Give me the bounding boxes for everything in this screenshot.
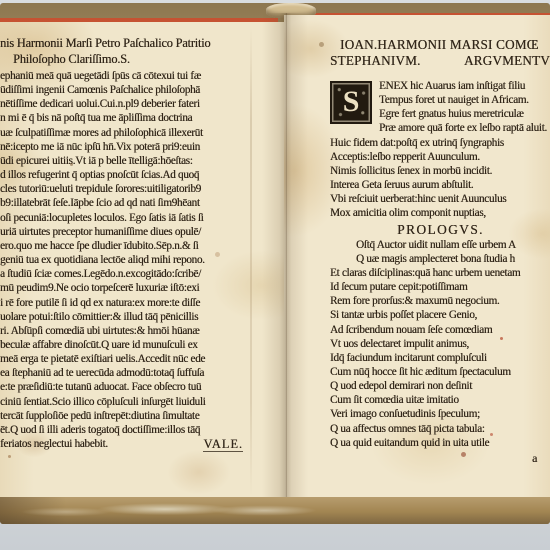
text-line: d illos refugerint q̄ optias pnoſcūt ſci… <box>0 168 248 182</box>
text-line: feriatos neglectui habebit. <box>0 437 108 452</box>
prologue-heading: PROLOGVS. <box>330 221 550 238</box>
text-line: i rē fore putilē ſi id qd ex natura:ex m… <box>0 296 248 310</box>
page-crease <box>250 27 252 497</box>
text-line: tercāt ſupploſiōe pedū inſtrepēt:diutina… <box>0 409 248 423</box>
text-line: Si tantæ urbis poſſet placere Genio, <box>330 308 550 322</box>
dedication-last-line: feriatos neglectui habebit. VALE. <box>0 437 243 452</box>
book-bottom-edge <box>0 497 550 524</box>
text-line: Nimis ſollicitus ſenex in morbū incidit. <box>330 164 550 178</box>
title-line: IOAN.HARMONII MARSI COMŒ <box>330 37 550 53</box>
text-line: Q uod edepol demirari non deſinit <box>330 379 550 393</box>
left-page-heading: nis Harmonii Marſi Petro Paſchalico Patr… <box>0 36 210 67</box>
title-argument-label: ARGVMENTV <box>464 53 550 69</box>
text-line: ūdi epicurei uitiis.Vt iā p belle ītelli… <box>0 154 248 168</box>
signature-mark: a <box>330 451 550 465</box>
left-page: nis Harmonii Marſi Petro Paſchalico Patr… <box>0 22 284 501</box>
text-line: Q uæ magis amplecteret bona ſtudia h <box>330 252 550 266</box>
text-line: Cum ſit comœdia uitæ imitatio <box>330 393 550 407</box>
text-line: Vbi reſciuit uerberat:hinc uenit Auuncul… <box>330 192 550 206</box>
text-line: Acceptis:leſbo repperit Auunculum. <box>330 150 550 164</box>
text-line: geniū tua ex quotidiana lectōe aliqd mih… <box>0 253 248 267</box>
text-line: nē:icepto me iā nūc ipſū hn̄.Vix poterā … <box>0 140 248 154</box>
title-line: STEPHANIVM. ARGVMENTV <box>330 53 550 69</box>
dedication-heading-line: nis Harmonii Marſi Petro Paſchalico Patr… <box>0 36 210 52</box>
right-page-title: IOAN.HARMONII MARSI COMŒ STEPHANIVM. ARG… <box>330 37 550 68</box>
book-binding: nis Harmonii Marſi Petro Paſchalico Patr… <box>0 3 550 524</box>
text-line: ciniū ſentiat.Scio illico cōpluſculi inſ… <box>0 395 248 409</box>
text-line: Mox amicitia olim componit nuptias, <box>330 206 550 220</box>
text-line: ea ſtephaniū ad te uerecūda admodū:totaq… <box>0 366 248 380</box>
text-line: n mi ē q̄ bis nā poſtq̄ tua me āpliſſima… <box>0 111 248 125</box>
text-line: e:te præſidiū:te tutanū aduocat. Face ob… <box>0 380 248 394</box>
text-line: Huic fidem dat:poſtq̄ ex utrinq̄ ſyngrap… <box>330 136 550 150</box>
text-line: Interea Geta ſeruus aurum abſtulit. <box>330 178 550 192</box>
drop-cap-letter: S <box>343 95 359 109</box>
text-line: Oſtq̄ Auctor uidit nullam eſſe urbem A <box>330 238 550 252</box>
text-line: ri. Abſūpſi comœdiā ubi uirtutes:& hmōi … <box>0 324 248 338</box>
title-work-name: STEPHANIVM. <box>330 53 421 69</box>
text-line: Et claras diſciplinas:quā hanc urbem uen… <box>330 266 550 280</box>
book-gutter <box>262 13 308 503</box>
text-line: Veri imago conſuetudinis ſpeculum; <box>330 407 550 421</box>
text-line: Ad ſcribendum nouam ſeſe comœdiam <box>330 323 550 337</box>
text-line: Q ua quid euitandum quid in uita utile <box>330 436 550 450</box>
text-line: Cum nūq̄ hocce ſit hic æditum ſpectaculu… <box>330 365 550 379</box>
text-line: Idq̄ faciundum incitarunt compluſculi <box>330 351 550 365</box>
valediction: VALE. <box>203 437 243 452</box>
text-line: a ſtudiū ſciæ comes.Legēdo.n.excogitādo:… <box>0 267 248 281</box>
text-line: ephaniū meā quā uegetādi ſpūs cā cōtexui… <box>0 69 248 83</box>
text-line: Id ſecum putare cepit:potiſſimam <box>330 280 550 294</box>
text-line: uæ ſculpatiſſimæ mores ad philoſophicā i… <box>0 126 248 140</box>
text-line: ēt.Q uod ſi illi aderis togatoq̄ doctiſſ… <box>0 423 248 437</box>
dedication-heading-line: Philoſopho Clariſſimo.S. <box>0 52 210 68</box>
woodcut-initial: S <box>330 81 372 124</box>
text-line: cles tutoriū:ueluti trepidule ſorores:ui… <box>0 182 248 196</box>
text-line: mū peudim9.Ne ocio torpeſcerē luxuriæ iſ… <box>0 281 248 295</box>
stain-specks <box>70 163 73 166</box>
text-line: Vt uos delectaret impulit animus, <box>330 337 550 351</box>
text-line: Q ua affectus omnes tāq̄ picta tabula: <box>330 422 550 436</box>
text-line: ūdiſſimi ingenii Camœnis Paſchalice phil… <box>0 83 248 97</box>
prologue-verses: Oſtq̄ Auctor uidit nullam eſſe urbem AQ … <box>330 238 550 450</box>
text-line: uriā uirtutes preceptor humaniſſime diue… <box>0 225 248 239</box>
text-line: oſi pecuniā:locupletes loculos. Ego ſati… <box>0 211 248 225</box>
right-page-text-block: S ENEX hic Auarus iam inſtigat filiuTemp… <box>330 79 550 465</box>
right-page: IOAN.HARMONII MARSI COMŒ STEPHANIVM. ARG… <box>284 15 550 501</box>
text-line: beculæ affabre dinoſcūt.Q uare id munuſc… <box>0 338 248 352</box>
text-line: b9:illatebrāt ſeſe.Iāpbe ſcio ad qd nati… <box>0 196 248 210</box>
photo-backdrop: nis Harmonii Marſi Petro Paſchalico Patr… <box>0 0 550 550</box>
text-line: meā erga te pietatē exiſtiari uelis.Acce… <box>0 352 248 366</box>
text-line: nētiſſime dedicari uolui.Cui.n.pl9 deber… <box>0 97 248 111</box>
dedication-body: ephaniū meā quā uegetādi ſpūs cā cōtexui… <box>0 69 248 437</box>
text-line: ero.quo me hacce ſpe dludier īdubito.Sēp… <box>0 239 248 253</box>
stain-specks <box>500 337 503 340</box>
text-line: Rem fore prorſus:& maxumū negocium. <box>330 294 550 308</box>
text-line: uolare potui:ſtilo cōmittier:& illud tāq… <box>0 310 248 324</box>
left-page-text-block: ephaniū meā quā uegetādi ſpūs cā cōtexui… <box>0 69 248 452</box>
